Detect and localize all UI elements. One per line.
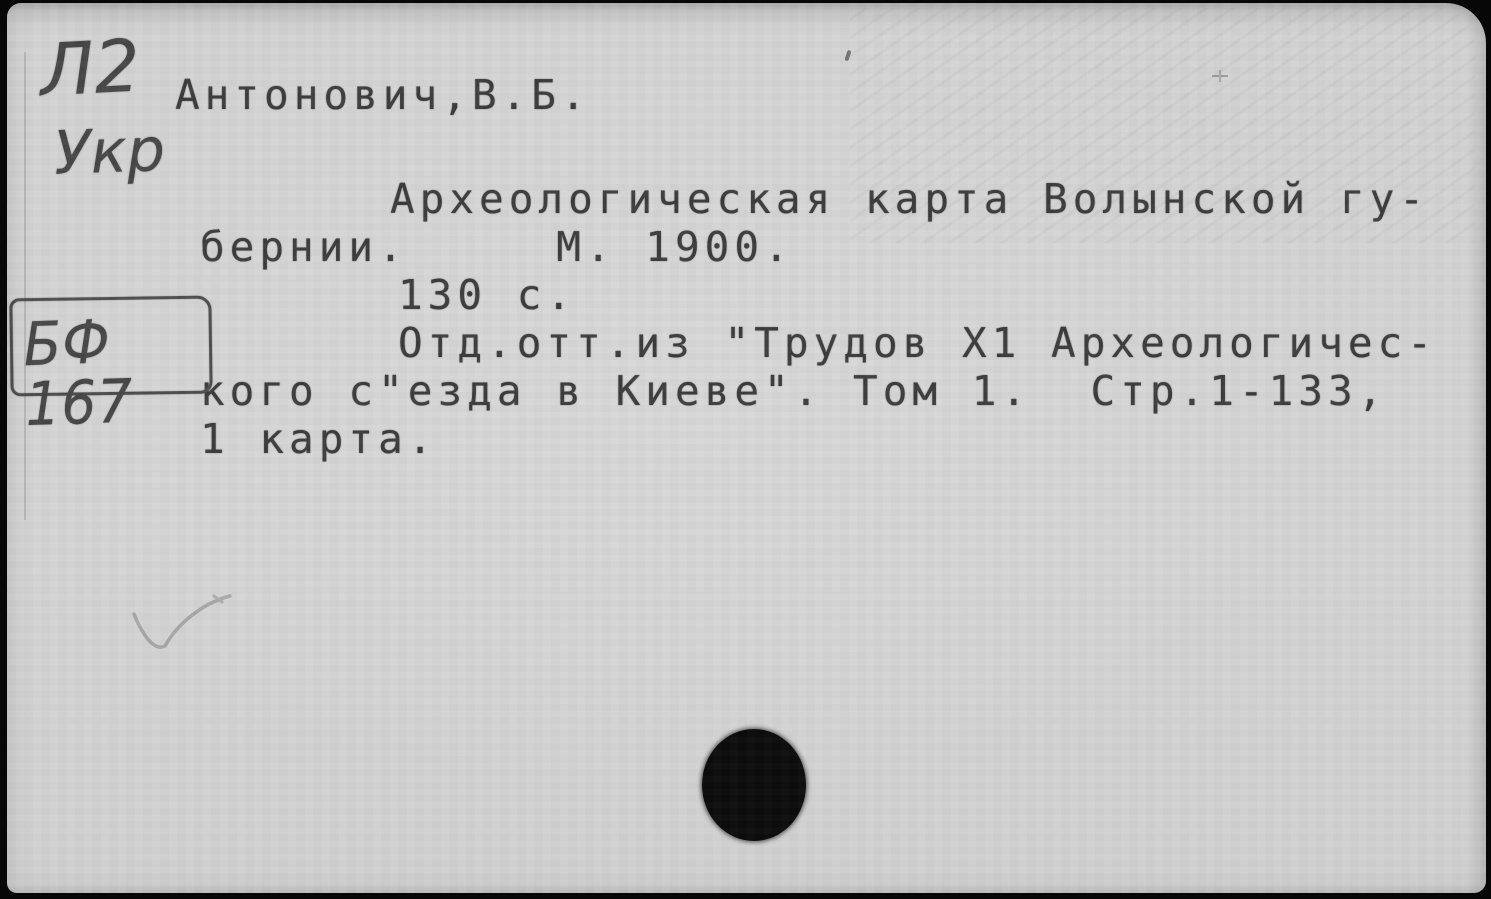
small-plus-artifact [1212, 70, 1228, 82]
description-line: 1 карта. [200, 415, 1437, 463]
description-line: 130 с. [398, 271, 1437, 319]
handwritten-language-label: Укр [53, 120, 166, 184]
description-line: кого с"езда в Киеве". Том 1. Стр.1-133, [200, 367, 1437, 415]
pencil-check-mark [118, 572, 258, 672]
hole-punch-mark [702, 729, 806, 841]
description-line: Археологическая карта Волынской гу- [390, 175, 1437, 223]
bibliographic-description: Археологическая карта Волынской гу-берни… [200, 175, 1437, 463]
description-line: бернии. М. 1900. [200, 223, 1437, 271]
handwritten-class-code: Л2 [38, 29, 142, 106]
card-margin-line [24, 52, 26, 520]
author-heading: Антонович,В.Б. [175, 71, 591, 119]
handwritten-shelf-code: БФ 167 [23, 310, 198, 436]
description-line: Отд.отт.из "Трудов Х1 Археологичес- [398, 319, 1437, 367]
scan-background: Л2 Укр Антонович,В.Б. Археологическая ка… [0, 0, 1491, 899]
shelf-code-box: БФ 167 [9, 296, 212, 397]
